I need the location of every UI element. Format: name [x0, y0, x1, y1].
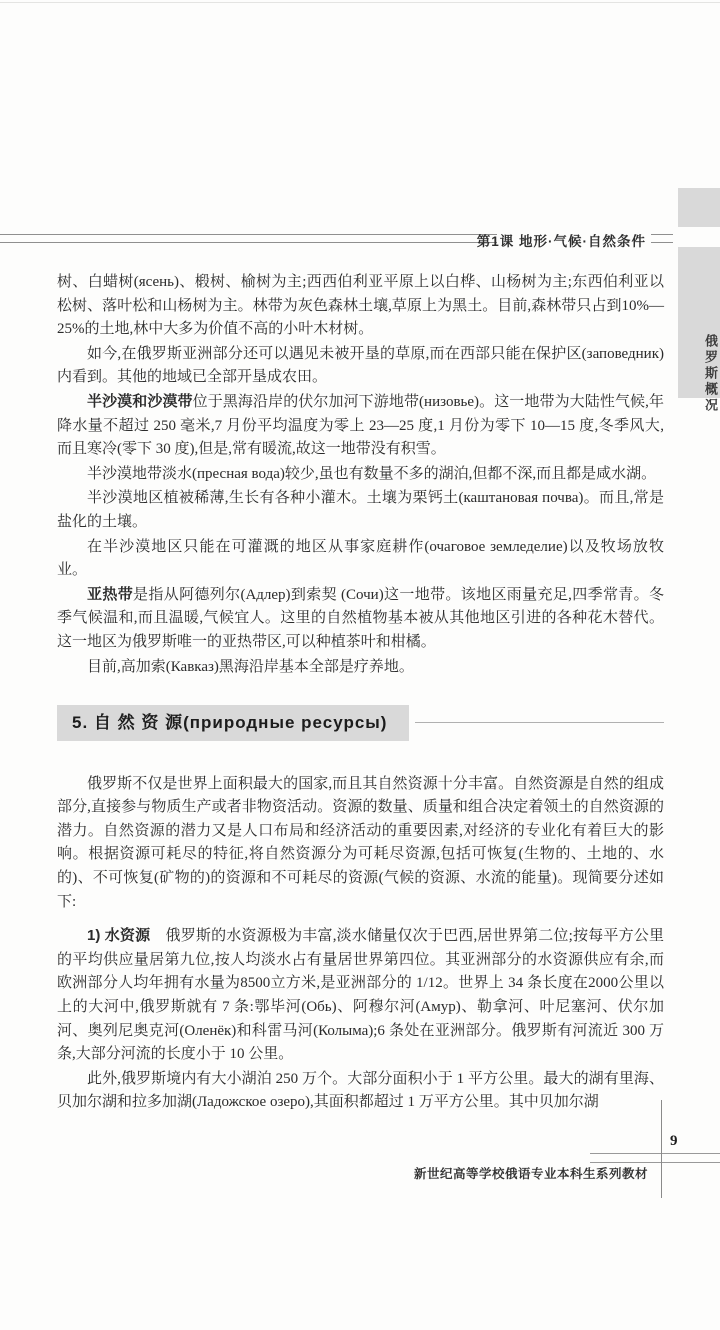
paragraph-text: 树、白蜡树(ясень)、椴树、榆树为主;西西伯利亚平原上以白桦、山杨树为主;东…: [57, 274, 664, 337]
chapter-tab-upper-block: [678, 188, 720, 227]
body-paragraph: 树、白蜡树(ясень)、椴树、榆树为主;西西伯利亚平原上以白桦、山杨树为主;东…: [57, 270, 664, 342]
page-number: 9: [670, 1133, 678, 1150]
paragraph-text: 半沙漠地带淡水(пресная вода)较少,虽也有数量不多的湖泊,但都不深,…: [87, 466, 656, 482]
section-heading-box: 5. 自 然 资 源(природные ресурсы): [57, 705, 409, 741]
body-paragraph: 半沙漠地带淡水(пресная вода)较少,虽也有数量不多的湖泊,但都不深,…: [57, 462, 664, 487]
series-title: 新世纪高等学校俄语专业本科生系列教材: [414, 1164, 648, 1182]
body-paragraph: 半沙漠和沙漠带位于黑海沿岸的伏尔加河下游地带(низовье)。这一地带为大陆性…: [57, 390, 664, 462]
section-heading-ru: (природные ресурсы): [183, 713, 387, 732]
page-top-edge-line: [0, 2, 720, 3]
body-paragraph: 此外,俄罗斯境内有大小湖泊 250 万个。大部分面积小于 1 平方公里。最大的湖…: [57, 1067, 664, 1115]
paragraph-text: 俄罗斯不仅是世界上面积最大的国家,而且其自然资源十分丰富。自然资源是自然的组成部…: [57, 776, 664, 910]
lesson-header-title: 第1课 地形·气候·自然条件: [477, 230, 646, 250]
header-double-rule-left: [0, 234, 497, 243]
body-paragraph: 在半沙漠地区只能在可灌溉的地区从事家庭耕作(очаговое земледели…: [57, 535, 664, 583]
paragraph-text: 俄罗斯的水资源极为丰富,淡水储量仅次于巴西,居世界第二位;按每平方公里的平均供应…: [57, 928, 664, 1062]
paragraph-text: 在半沙漠地区只能在可灌溉的地区从事家庭耕作(очаговое земледели…: [57, 539, 664, 579]
header-double-rule-right: [651, 234, 673, 243]
section-heading-cn: 5. 自 然 资 源: [72, 713, 183, 732]
body-paragraph: 亚热带是指从阿德列尔(Адлер)到索契 (Сочи)这一地带。该地区雨量充足,…: [57, 583, 664, 655]
paragraph-lead: 半沙漠和沙漠带: [87, 393, 193, 410]
body-paragraph: 1) 水资源 俄罗斯的水资源极为丰富,淡水储量仅次于巴西,居世界第二位;按每平方…: [57, 924, 664, 1067]
chapter-tab-label: 俄罗斯概况: [678, 309, 720, 439]
body-paragraph: 目前,高加索(Кавказ)黑海沿岸基本全部是疗养地。: [57, 655, 664, 680]
footer-double-rule: [590, 1153, 720, 1163]
footer-vertical-rule: [661, 1100, 662, 1198]
body-paragraph: 如今,在俄罗斯亚洲部分还可以遇见未被开垦的草原,而在西部只能在保护区(запов…: [57, 342, 664, 390]
paragraph-text: 如今,在俄罗斯亚洲部分还可以遇见未被开垦的草原,而在西部只能在保护区(запов…: [57, 346, 664, 386]
paragraph-lead: 1) 水资源: [87, 927, 150, 944]
section-heading-row: 5. 自 然 资 源(природные ресурсы): [57, 705, 664, 741]
paragraph-text: 是指从阿德列尔(Адлер)到索契 (Сочи)这一地带。该地区雨量充足,四季常…: [57, 587, 664, 650]
paragraph-text: 此外,俄罗斯境内有大小湖泊 250 万个。大部分面积小于 1 平方公里。最大的湖…: [57, 1071, 664, 1111]
chapter-tab: 俄罗斯概况: [678, 247, 720, 398]
body-paragraph: 半沙漠地区植被稀薄,生长有各种小灌木。土壤为栗钙土(каштановая поч…: [57, 486, 664, 534]
paragraph-text: 半沙漠地区植被稀薄,生长有各种小灌木。土壤为栗钙土(каштановая поч…: [57, 490, 664, 530]
section-heading-rule: [415, 722, 664, 723]
text-column: 树、白蜡树(ясень)、椴树、榆树为主;西西伯利亚平原上以白桦、山杨树为主;东…: [57, 270, 664, 1115]
book-page-scan: 第1课 地形·气候·自然条件 俄罗斯概况 树、白蜡树(ясень)、椴树、榆树为…: [0, 0, 720, 1330]
body-paragraph: 俄罗斯不仅是世界上面积最大的国家,而且其自然资源十分丰富。自然资源是自然的组成部…: [57, 772, 664, 915]
paragraph-text: 目前,高加索(Кавказ)黑海沿岸基本全部是疗养地。: [87, 659, 414, 675]
paragraph-lead: 亚热带: [87, 586, 133, 603]
